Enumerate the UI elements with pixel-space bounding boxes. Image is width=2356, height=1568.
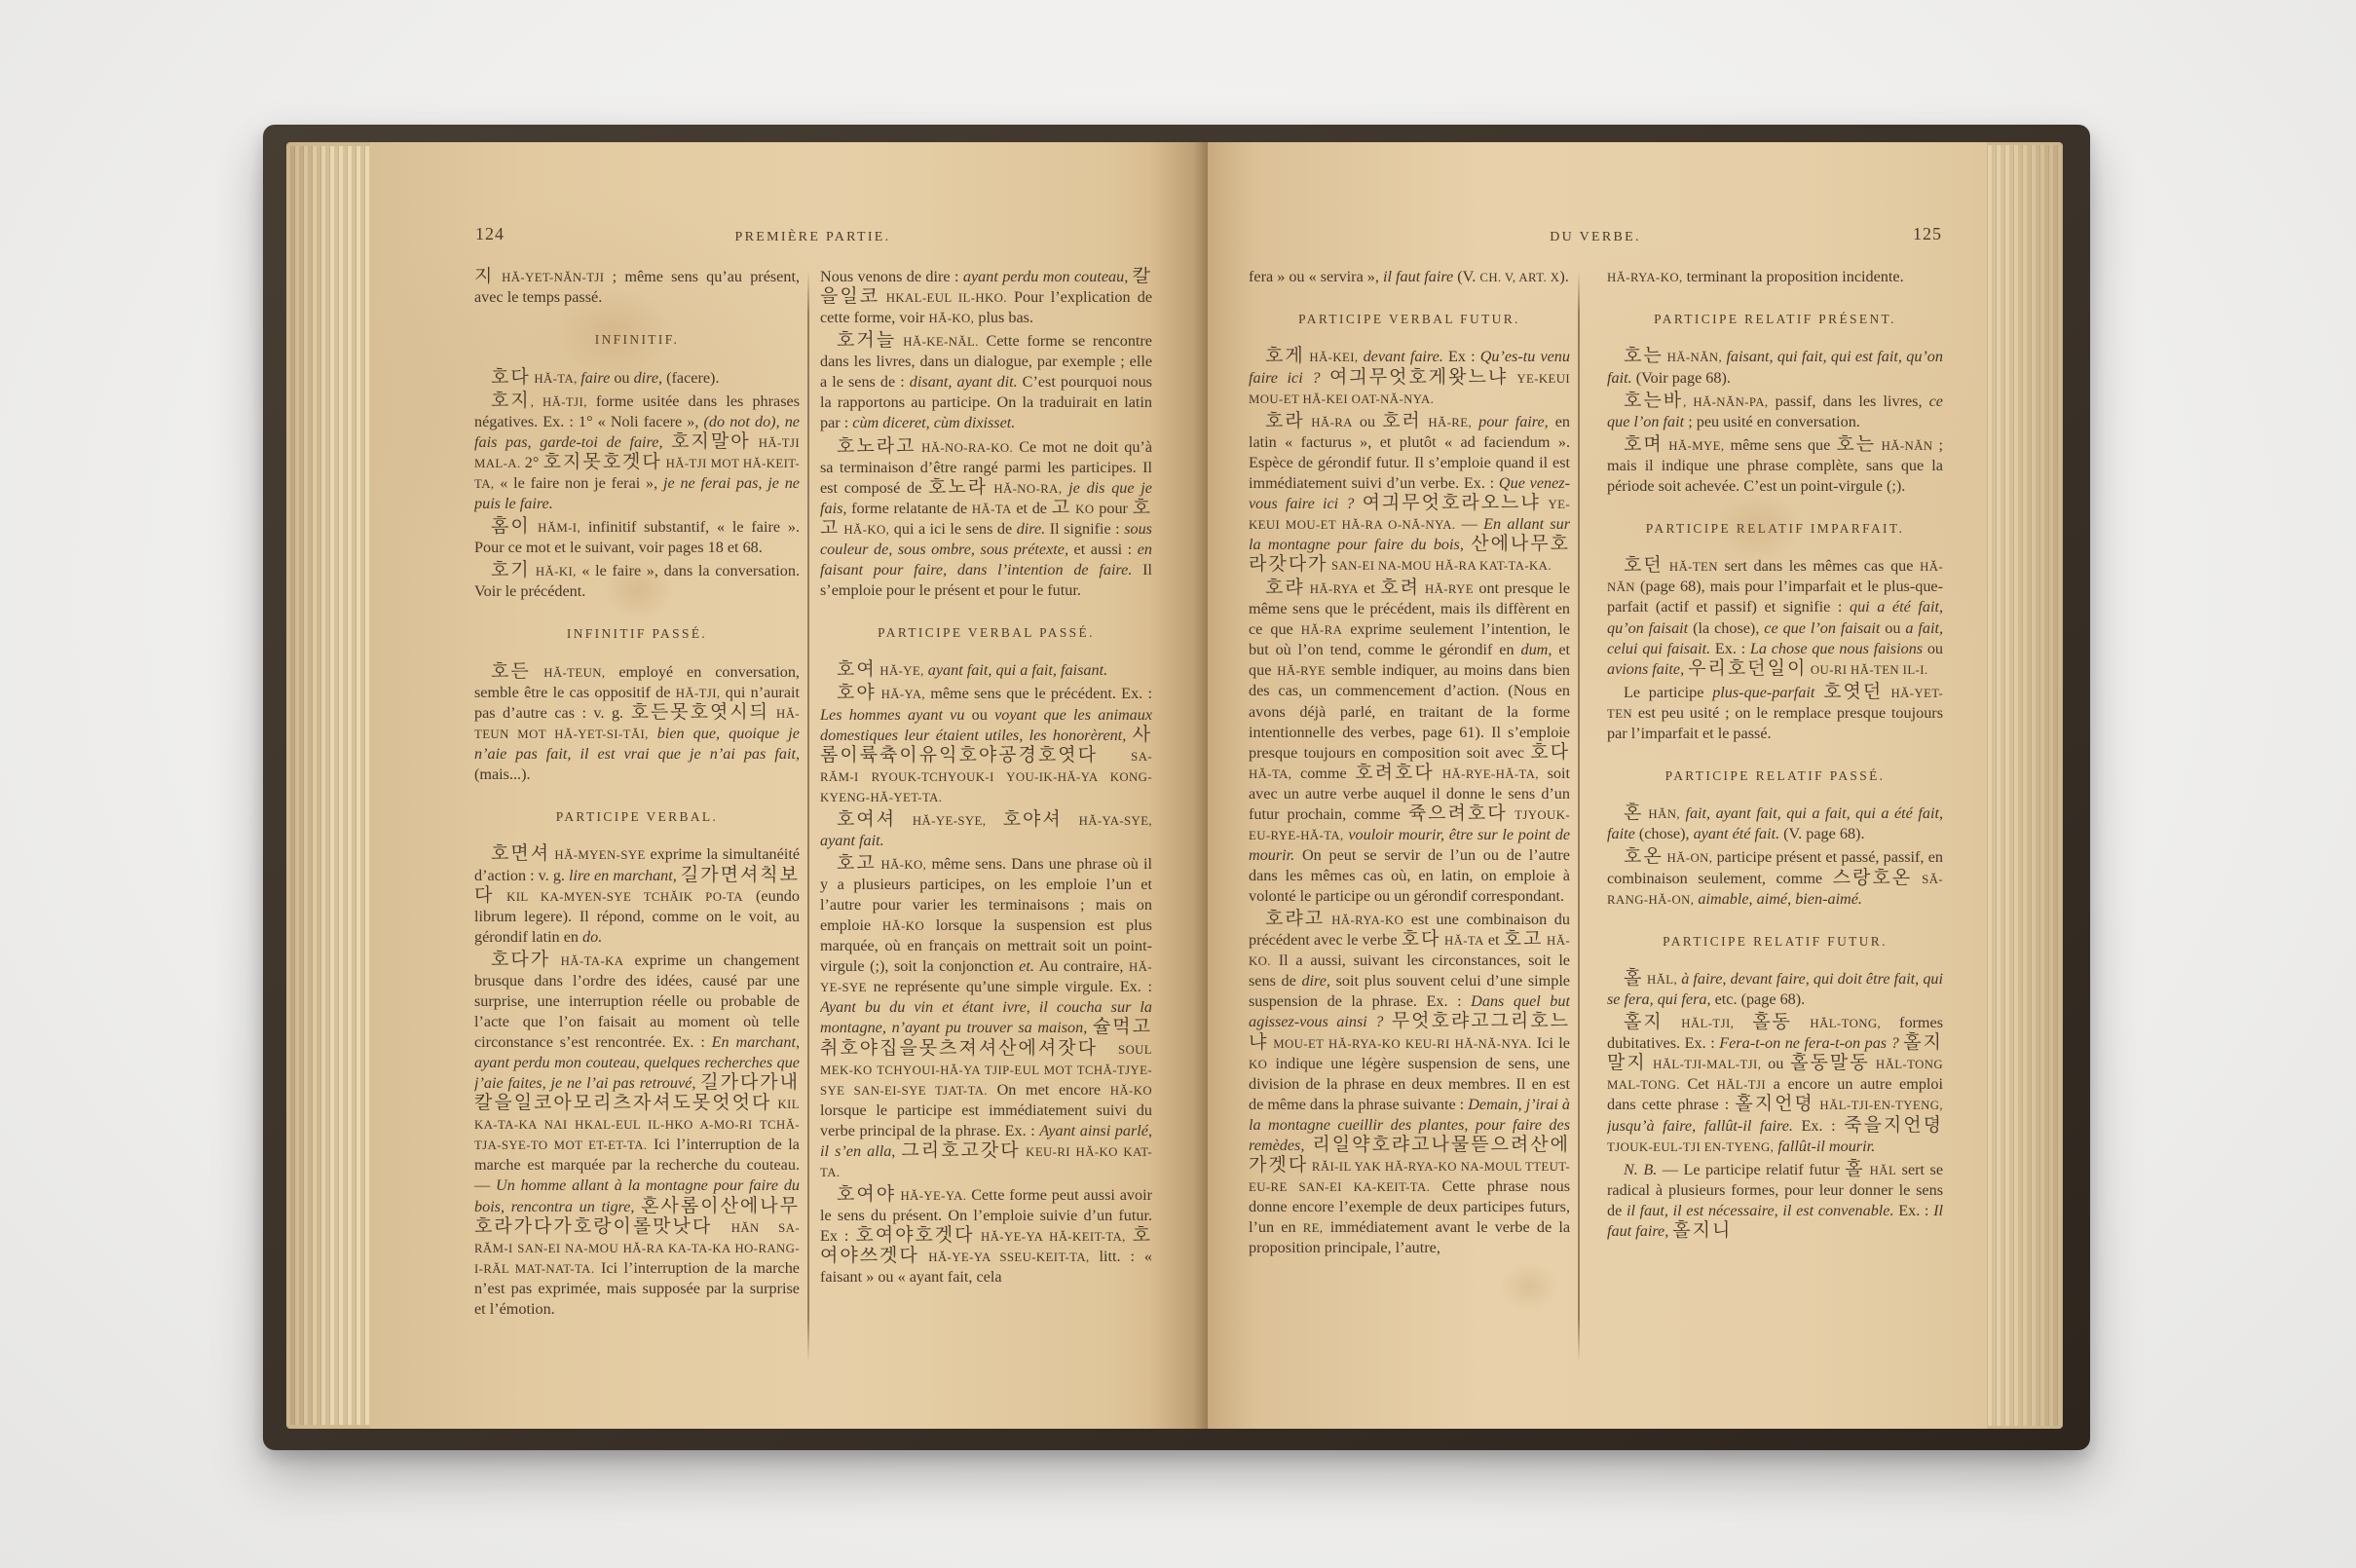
romanization: HĂ-ON, xyxy=(1664,851,1713,865)
body-text: fera » ou « servira », xyxy=(1249,268,1383,285)
korean-text: 호랴 xyxy=(1265,578,1305,598)
korean-text: 호며 xyxy=(1624,434,1664,455)
romanization: HĂ-YA, xyxy=(877,688,925,701)
italic-text: il faut faire xyxy=(1383,268,1453,285)
body-text: — xyxy=(1456,515,1484,533)
body-text: Ex : xyxy=(1443,348,1480,365)
romanization: HĂ-KO, xyxy=(877,858,927,872)
body-text: et de xyxy=(1012,500,1052,517)
romanization: HĂ-KO xyxy=(882,919,924,933)
paragraph: 호여 HĂ-YE, ayant fait, qui a fait, faisan… xyxy=(820,660,1152,681)
body-text: même sens que le précédent. Ex. : xyxy=(925,685,1152,702)
page-left: 124 PREMIÈRE PARTIE. 지 HĂ-YET-NĂN-TJI ; … xyxy=(370,142,1208,1429)
romanization: HĂN, xyxy=(1643,807,1680,821)
korean-text: 호다 xyxy=(1530,742,1570,763)
text-column-2: Nous venons de dire : ayant perdu mon co… xyxy=(820,267,1152,1392)
body-text: ou xyxy=(1761,1055,1790,1072)
korean-text: 호다 xyxy=(1402,929,1441,950)
section-heading: PARTICIPE RELATIF IMPARFAIT. xyxy=(1607,520,1943,537)
romanization: KO xyxy=(1249,1058,1267,1071)
paragraph: 호는 HĂ-NĂN, faisant, qui fait, qui est fa… xyxy=(1607,347,1943,388)
body-text: ou xyxy=(1353,413,1382,430)
body-text: Ex. : xyxy=(1894,1202,1934,1219)
column-divider xyxy=(807,271,809,1362)
korean-text: 홀동말동 xyxy=(1790,1053,1869,1073)
korean-text: 호지못호겟다 xyxy=(543,452,662,472)
body-text: Le participe xyxy=(1624,684,1712,701)
body-text: (la chose), xyxy=(1688,619,1764,637)
body-text: Au contraire, xyxy=(1034,957,1129,975)
romanization: HĂ-TA, xyxy=(531,372,581,386)
text-column-3: fera » ou « servira », il faut faire (V.… xyxy=(1249,267,1570,1392)
paragraph: 지 HĂ-YET-NĂN-TJI ; même sens qu’au prése… xyxy=(474,267,800,308)
page-number: 125 xyxy=(1913,224,1942,244)
romanization: HĂ-NĂN xyxy=(1876,439,1932,453)
korean-text: 호고 xyxy=(1504,929,1544,950)
body-text: et aussi : xyxy=(1068,541,1138,558)
romanization: HĂ-TJI, xyxy=(676,687,721,700)
page-edges-left xyxy=(286,146,372,1425)
romanization: KIL KA-MYEN-SYE TCHĂIK PO-TA xyxy=(494,890,742,904)
romanization: HĂ-YA-SYE, xyxy=(1063,814,1152,828)
korean-text: 호랴고 xyxy=(1265,909,1325,929)
running-title: PREMIÈRE PARTIE. xyxy=(474,230,1151,245)
paragraph: 호여야 HĂ-YE-YA. Cette forme peut aussi avo… xyxy=(820,1185,1152,1288)
korean-text: 우리호던일이 xyxy=(1688,658,1807,679)
korean-text: 호여 xyxy=(837,659,877,680)
korean-text: 호던 xyxy=(1624,555,1664,576)
romanization: HĂ-RA xyxy=(1305,416,1353,429)
body-text xyxy=(986,811,1002,829)
body-text xyxy=(1734,1014,1752,1031)
romanization: RE, xyxy=(1303,1221,1324,1235)
korean-text: 홀 xyxy=(1624,968,1643,989)
korean-text: 호면셔 xyxy=(491,843,550,864)
running-title: DU VERBE. xyxy=(1249,230,1942,245)
romanization: HĂ-RYA-KO, xyxy=(1607,271,1683,284)
italic-text: N. B. xyxy=(1624,1161,1657,1178)
body-text: et xyxy=(1359,579,1381,597)
body-text: comme xyxy=(1291,765,1355,782)
body-text: passif, dans les livres, xyxy=(1768,392,1928,410)
italic-text: do. xyxy=(582,928,602,946)
romanization: HĂ-YE, xyxy=(877,664,924,678)
italic-text: dum xyxy=(1520,641,1548,658)
korean-text: 호려호다 xyxy=(1355,763,1434,783)
body-text: On peut se servir de l’un ou de l’autre … xyxy=(1249,846,1570,905)
page-right: DU VERBE. 125 fera » ou « servira », il … xyxy=(1208,142,1987,1429)
body-text: terminant la proposition incidente. xyxy=(1683,268,1904,285)
korean-text: 호려 xyxy=(1380,578,1420,598)
korean-text: 홀지 xyxy=(1624,1012,1664,1032)
korean-text: 호게 xyxy=(1265,346,1305,366)
body-text xyxy=(1126,1227,1133,1245)
italic-text: ce que l’on faisait xyxy=(1764,619,1880,637)
body-text: ou xyxy=(964,706,994,724)
italic-text: devant faire. xyxy=(1364,348,1443,365)
text-column-4: HĂ-RYA-KO, terminant la proposition inci… xyxy=(1607,267,1943,1392)
section-heading: PARTICIPE VERBAL FUTUR. xyxy=(1249,311,1570,327)
korean-text: 여긔무엇호게왓느냐 xyxy=(1329,367,1508,388)
body-text: (facere). xyxy=(662,369,719,387)
paragraph: 혼 HĂN, fait, ayant fait, qui a fait, qui… xyxy=(1607,803,1943,844)
romanization: HĂ-NĂN, xyxy=(1664,351,1722,364)
paragraph: 호노라고 HĂ-NO-RA-KO. Ce mot ne doit qu’à sa… xyxy=(820,437,1152,602)
body-text: qui a ici le sens de xyxy=(889,520,1016,538)
body-text: (V. xyxy=(1453,268,1479,285)
section-heading: INFINITIF PASSÉ. xyxy=(474,625,800,642)
paragraph: 호게 HĂ-KEI, devant faire. Ex : Qu’es-tu v… xyxy=(1249,347,1570,408)
romanization: HĂ-TEN xyxy=(1664,560,1718,574)
korean-text: 호노라고 xyxy=(837,436,916,457)
romanization: HĂL-TJI-EN-TYENG, xyxy=(1814,1099,1943,1112)
korean-text: 호여야 xyxy=(837,1184,896,1205)
korean-text: 호다가 xyxy=(491,950,550,970)
paragraph: 호고 HĂ-KO, même sens. Dans une phrase où … xyxy=(820,854,1152,1182)
romanization: HĂ-KE-NĂL. xyxy=(896,335,979,349)
romanization: HĂL-TJI, xyxy=(1664,1017,1735,1030)
romanization: HĂ-RE, xyxy=(1422,416,1472,429)
korean-text: 호지말아 xyxy=(671,431,750,452)
korean-text: 호야 xyxy=(837,683,877,703)
italic-text: pour faire, xyxy=(1478,413,1549,430)
body-text: ne représente qu’une simple virgule. Ex.… xyxy=(867,978,1152,995)
korean-text: 호는 xyxy=(1624,346,1664,366)
romanization: HĂ-MYE, xyxy=(1664,439,1725,453)
body-text: Ici le xyxy=(1532,1034,1570,1052)
text-column-1: 지 HĂ-YET-NĂN-TJI ; même sens qu’au prése… xyxy=(474,267,800,1392)
korean-text: 홈이 xyxy=(491,516,531,537)
romanization: HĂ-RYA xyxy=(1305,582,1359,596)
body-text: même sens que xyxy=(1724,436,1836,454)
paragraph: 호온 HĂ-ON, participe présent et passé, pa… xyxy=(1607,847,1943,909)
italic-text: jusqu’à faire, fallût-il faire. xyxy=(1607,1117,1793,1135)
korean-text: 호온 xyxy=(1624,846,1664,867)
body-text: Ex. : xyxy=(1710,640,1750,657)
open-book: 124 PREMIÈRE PARTIE. 지 HĂ-YET-NĂN-TJI ; … xyxy=(263,125,2090,1450)
paragraph: 호거늘 HĂ-KE-NĂL. Cette forme se rencontre … xyxy=(820,331,1152,433)
romanization: OU-RI HĂ-TEN IL-I. xyxy=(1807,663,1927,677)
paragraph: Nous venons de dire : ayant perdu mon co… xyxy=(820,267,1152,328)
body-text xyxy=(1383,1013,1391,1030)
body-text: Ex. : xyxy=(1793,1117,1844,1135)
paragraph: 호기 HĂ-KI, « le faire », dans la conversa… xyxy=(474,561,800,602)
italic-text: dire. xyxy=(1017,520,1046,538)
romanization: HĂ-YE-YA HĂ-KEIT-TA, xyxy=(975,1230,1126,1244)
korean-text: 호거늘 xyxy=(837,330,896,351)
korean-text: 고 xyxy=(1052,498,1071,518)
paragraph: 호랴 HĂ-RYA et 호려 HĂ-RYE ont presque le mê… xyxy=(1249,579,1570,907)
body-text: ou xyxy=(1923,640,1943,657)
italic-text: cùm diceret, cùm dixisset. xyxy=(852,414,1015,431)
romanization: HĂ-RYA-KO xyxy=(1325,914,1403,927)
korean-text: 그리호고갓다 xyxy=(901,1140,1020,1161)
romanization: HĂ-KO, xyxy=(840,523,889,537)
body-text: — Le participe relatif futur xyxy=(1657,1161,1845,1178)
romanization: HĂ-TA xyxy=(1440,934,1483,948)
body-text: ; peu usité en conversation. xyxy=(1684,413,1860,430)
body-text xyxy=(1354,495,1362,512)
paragraph: fera » ou « servira », il faut faire (V.… xyxy=(1249,267,1570,287)
paragraph: 호든 HĂ-TEUN, employé en conversation, sem… xyxy=(474,662,800,785)
italic-text: ayant fait, qui a fait, faisant. xyxy=(928,661,1107,679)
body-text: Il signifie : xyxy=(1045,520,1124,538)
paragraph: 호지, HĂ-TJI, forme usitée dans les phrase… xyxy=(474,392,800,514)
romanization: HĂ-NO-RA-KO. xyxy=(916,441,1013,455)
romanization: MOU-ET HĂ-RYA-KO KEU-RI HĂ-NĂ-NYA. xyxy=(1268,1037,1531,1051)
body-text: « le faire non je ferai », xyxy=(494,474,663,492)
romanization: HĂ-YE-YA. xyxy=(896,1189,966,1203)
romanization: HĂL-TONG, xyxy=(1792,1017,1881,1030)
romanization: HĂ-KO xyxy=(1110,1084,1152,1098)
body-text xyxy=(1320,369,1329,387)
romanization: HĂ-KEI, xyxy=(1305,351,1359,364)
romanization: HĂ-YE-YA SSEU-KEIT-TA, xyxy=(919,1251,1090,1264)
section-heading: PARTICIPE RELATIF FUTUR. xyxy=(1607,933,1943,950)
romanization: TJOUK-EUL-TJI EN-TYENG, xyxy=(1607,1140,1774,1154)
romanization: HĂ-TA xyxy=(972,503,1012,516)
paragraph: 홈이 HĂM-I, infinitif substantif, « le fai… xyxy=(474,517,800,558)
italic-text: disant, ayant dit. xyxy=(910,373,1018,391)
paragraph: 홀 HĂL, à faire, devant faire, qui doit ê… xyxy=(1607,969,1943,1010)
romanization: HĂ-RYE-HĂ-TA, xyxy=(1435,767,1539,781)
paragraph: 호라 HĂ-RA ou 호러 HĂ-RE, pour faire, en lat… xyxy=(1249,412,1570,577)
body-text: est peu usité ; on le remplace presque t… xyxy=(1607,704,1943,742)
korean-text: 호든 xyxy=(491,661,531,682)
italic-text: dire, xyxy=(634,369,663,387)
paragraph: 호던 HĂ-TEN sert dans les mêmes cas que HĂ… xyxy=(1607,556,1943,679)
korean-text: 홀 xyxy=(1845,1159,1864,1179)
italic-text: avions faite, xyxy=(1607,660,1684,678)
romanization: SAN-EI NA-MOU HĂ-RA KAT-TA-KA. xyxy=(1328,559,1552,573)
italic-text: ayant fait. xyxy=(820,832,884,849)
italic-text: ayant été fait. xyxy=(1694,825,1780,842)
italic-text: et. xyxy=(1019,957,1034,975)
romanization: HĂ-TA-KA xyxy=(550,954,623,968)
romanization: HĂ-RYE xyxy=(1277,664,1326,678)
korean-text: 호는 xyxy=(1836,434,1876,455)
paragraph: 호야 HĂ-YA, même sens que le précédent. Ex… xyxy=(820,684,1152,806)
body-text: (V. page 68). xyxy=(1779,825,1864,842)
korean-text: 홀지언뎡 xyxy=(1735,1094,1814,1114)
korean-text: 호다 xyxy=(491,367,531,388)
romanization: HĂ-MYEN-SYE xyxy=(550,848,646,862)
korean-text: 호는바 xyxy=(1624,391,1683,411)
romanization: CH. V, ART. X xyxy=(1479,271,1559,284)
korean-text: 호러 xyxy=(1382,411,1422,431)
romanization: HĂ-RA xyxy=(1301,623,1343,637)
korean-text: 호기 xyxy=(491,560,531,580)
korean-text: 홀동 xyxy=(1752,1012,1792,1032)
paragraph: 호랴고 HĂ-RYA-KO est une combinaison du pré… xyxy=(1249,910,1570,1258)
romanization: , HĂ-TJI, xyxy=(531,395,587,409)
korean-text: 여긔무엇호라오느냐 xyxy=(1363,493,1541,513)
section-heading: PARTICIPE RELATIF PASSÉ. xyxy=(1607,767,1943,784)
korean-text: 호여셔 xyxy=(837,809,896,830)
korean-text: 호라 xyxy=(1265,411,1305,431)
body-text xyxy=(1814,684,1823,701)
korean-text: 혼 xyxy=(1624,803,1643,823)
section-heading: PARTICIPE RELATIF PRÉSENT. xyxy=(1607,311,1943,327)
romanization: HĂ-NO-RA, xyxy=(988,482,1062,496)
body-text: forme relatante de xyxy=(846,500,971,517)
paragraph: 호여셔 HĂ-YE-SYE, 호야셔 HĂ-YA-SYE, ayant fait… xyxy=(820,810,1152,851)
italic-text: lire en marchant, xyxy=(569,867,677,884)
romanization: HĂ-YE-SYE, xyxy=(896,814,986,828)
paragraph: HĂ-RYA-KO, terminant la proposition inci… xyxy=(1607,267,1943,287)
romanization: HĂ-TA, xyxy=(1249,767,1291,781)
body-text: ou xyxy=(1880,619,1905,637)
italic-text: La chose que nous faisions xyxy=(1750,640,1923,657)
italic-text: fallût-il mourir. xyxy=(1777,1138,1875,1155)
paragraph: 호다가 HĂ-TA-KA exprime un changement brusq… xyxy=(474,951,800,1320)
paragraph: 홀지 HĂL-TJI, 홀동 HĂL-TONG, formes dubitati… xyxy=(1607,1013,1943,1156)
paragraph: 호며 HĂ-MYE, même sens que 호는 HĂ-NĂN ; mai… xyxy=(1607,435,1943,497)
body-text: et xyxy=(1484,931,1504,949)
paper-block: 124 PREMIÈRE PARTIE. 지 HĂ-YET-NĂN-TJI ; … xyxy=(286,142,2063,1429)
korean-text: 쥭으려호다 xyxy=(1408,803,1508,824)
romanization: HĂ-TEUN, xyxy=(531,666,606,680)
body-text: ). xyxy=(1559,268,1568,285)
romanization: HĂ-KI, xyxy=(531,565,577,579)
romanization: HĂ-KO, xyxy=(928,312,974,325)
body-text: (chose), xyxy=(1635,825,1694,842)
korean-text: 호지 xyxy=(491,391,531,411)
korean-text: 호야셔 xyxy=(1003,809,1063,830)
korean-text: 호여야호겟다 xyxy=(855,1225,974,1246)
italic-text: il faut, il est nécessaire, il est conve… xyxy=(1627,1202,1894,1219)
korean-text: 지 xyxy=(474,267,494,286)
romanization: HKAL-EUL IL-HKO. xyxy=(879,291,1007,305)
body-text: plus bas. xyxy=(974,309,1033,326)
romanization: HĂL-TJI-MAL-TJI, xyxy=(1647,1058,1762,1071)
paragraph: N. B. — Le participe relatif futur 홀 HĂL… xyxy=(1607,1160,1943,1242)
column-divider xyxy=(1578,271,1580,1362)
body-text: 2° xyxy=(521,454,543,471)
korean-text: 호노라 xyxy=(928,477,988,498)
korean-text: 스랑호온 xyxy=(1833,868,1912,888)
romanization: HĂM-I, xyxy=(531,521,580,535)
italic-text: Fera-t-on ne fera-t-on pas ? xyxy=(1719,1034,1899,1052)
section-heading: PARTICIPE VERBAL PASSÉ. xyxy=(820,624,1152,641)
italic-text: plus-que-parfait xyxy=(1712,684,1814,701)
body-text: etc. (page 68). xyxy=(1711,990,1806,1008)
italic-text: ayant perdu mon couteau, xyxy=(963,268,1128,285)
body-text: Cet xyxy=(1680,1075,1717,1093)
romanization: HĂ-YET-NĂN-TJI xyxy=(494,271,604,284)
romanization: , HĂ-NĂN-PA, xyxy=(1683,395,1768,409)
romanization: KO xyxy=(1071,503,1095,516)
body-text xyxy=(663,433,672,451)
section-heading: INFINITIF. xyxy=(474,331,800,348)
italic-text: dire, xyxy=(1301,972,1330,989)
romanization: HĂL-TJI xyxy=(1717,1078,1766,1092)
body-text: ou xyxy=(610,369,633,387)
paragraph: Le participe plus-que-parfait 호엿던 HĂ-YET… xyxy=(1607,683,1943,744)
paragraph: 호는바, HĂ-NĂN-PA, passif, dans les livres,… xyxy=(1607,392,1943,432)
korean-text: 홀지니 xyxy=(1672,1220,1732,1241)
korean-text: 호엿던 xyxy=(1823,682,1883,702)
body-text: pour xyxy=(1095,500,1133,517)
romanization: HĂ-RYE xyxy=(1420,582,1474,596)
body-text: sert dans les mêmes cas que xyxy=(1718,557,1920,575)
paragraph: 호면셔 HĂ-MYEN-SYE exprime la simultanéité … xyxy=(474,844,800,947)
korean-text: 호든못호엿시듸 xyxy=(631,702,769,723)
romanization: HĂL, xyxy=(1643,973,1677,987)
paragraph: 호다 HĂ-TA, faire ou dire, (facere). xyxy=(474,368,800,389)
italic-text: aimable, aimé, bien-aimé. xyxy=(1698,890,1862,908)
korean-text: 죽을지언뎡 xyxy=(1844,1115,1943,1136)
body-text: Nous venons de dire : xyxy=(820,268,963,285)
italic-text: faire xyxy=(580,369,610,387)
romanization: HĂL xyxy=(1865,1164,1897,1177)
italic-text: Les hommes ayant vu xyxy=(820,706,964,724)
section-heading: PARTICIPE VERBAL. xyxy=(474,808,800,825)
body-text: (Voir page 68). xyxy=(1632,369,1731,387)
body-text: On met encore xyxy=(988,1081,1110,1099)
body-text: (mais...). xyxy=(474,765,531,783)
korean-text: 호고 xyxy=(837,853,877,874)
body-text xyxy=(649,725,657,742)
